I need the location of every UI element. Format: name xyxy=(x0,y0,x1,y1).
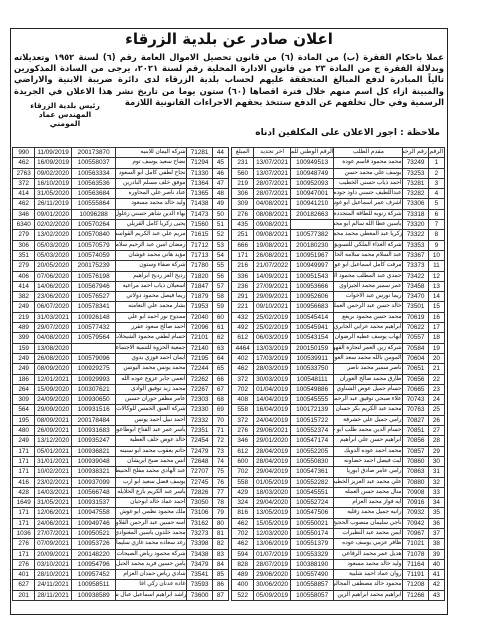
row-seq: 74 xyxy=(212,456,228,466)
row-amount: 816 xyxy=(232,508,254,518)
row-license-no: 70942 xyxy=(403,518,428,528)
row-seq: 31 xyxy=(428,467,444,477)
row-seq: 43 xyxy=(428,590,444,600)
row-seq: 76 xyxy=(212,477,228,487)
row-license-no: 73253 xyxy=(403,168,428,178)
row-holder-name: عبداللطيف حسني داود جوده xyxy=(334,189,403,199)
row-amount: 702 xyxy=(232,384,254,394)
row-amount: 406 xyxy=(13,271,35,281)
row-holder-name: المومن بالله محمد سعد العود xyxy=(334,353,403,363)
row-amount: 414 xyxy=(13,281,35,291)
row-seq: 68 xyxy=(212,395,228,405)
row-national-id: 100936821 xyxy=(71,446,116,456)
row-holder-name: احمد عماد خالد ابوحيان xyxy=(116,498,187,508)
row-national-id: 100553329 xyxy=(290,549,334,559)
row-national-id: 100558857 xyxy=(290,580,334,590)
table-row: 7272454خالد عوض خلف العطية10093524713/12… xyxy=(13,436,229,446)
row-national-id: 100570579 xyxy=(71,240,116,250)
row-amount: 171 xyxy=(13,549,35,559)
row-renewal-date: 30/03/2019 xyxy=(254,374,291,384)
row-seq: 60 xyxy=(212,312,228,322)
row-seq: 72 xyxy=(212,436,228,446)
row-license-no: 73320 xyxy=(403,220,428,230)
row-renewal-date: 12/01/2021 xyxy=(35,374,72,384)
row-amount: 558 xyxy=(232,405,254,415)
row-renewal-date: 28/04/2019 xyxy=(254,456,291,466)
row-amount: 195 xyxy=(13,415,35,425)
row-amount: 4464 xyxy=(232,343,254,353)
row-holder-name: طارق محمد صالح العوران xyxy=(334,374,403,384)
row-holder-name: ياسر عبد الكريم بازع الخلايله xyxy=(116,487,187,497)
row-license-no: 71294 xyxy=(187,158,212,168)
row-seq: 63 xyxy=(212,343,228,353)
fees-table-left: 4471281شركه اليمان للابنيه20017387011/09… xyxy=(12,147,229,601)
row-seq: 34 xyxy=(428,498,444,508)
table-row: 3370908منال محمد حسن العمله10054555118/0… xyxy=(232,487,445,497)
note-line: ملاحظة : اجور الاعلان على المكلفين ادناه xyxy=(150,128,440,138)
row-seq: 75 xyxy=(212,467,228,477)
row-renewal-date: 13/07/2021 xyxy=(254,168,291,178)
row-holder-name: يوسف فضل سعيد ابو ارب xyxy=(116,477,187,487)
row-renewal-date: 13/02/2020 xyxy=(35,230,72,240)
row-amount: 251 xyxy=(232,230,254,240)
row-license-no: 73282 xyxy=(403,189,428,199)
row-seq: 30 xyxy=(428,456,444,466)
row-renewal-date: 10/02/2021 xyxy=(35,467,72,477)
row-amount: 462 xyxy=(13,158,35,168)
row-seq: 84 xyxy=(212,559,228,569)
row-renewal-date: 12/06/2021 xyxy=(35,508,72,518)
row-renewal-date: 01/04/2019 xyxy=(254,384,291,394)
row-renewal-date: 26/08/2020 xyxy=(35,353,72,363)
row-amount: 221 xyxy=(232,302,254,312)
row-amount: 416 xyxy=(13,477,35,487)
row-renewal-date: 13/12/2020 xyxy=(35,436,72,446)
row-renewal-date: 13/06/2019 xyxy=(254,539,291,549)
table-row: 8073162امنه حسين عبد الرحمن القلاوين1009… xyxy=(13,518,229,528)
row-license-no: 73600 xyxy=(187,590,212,600)
table-row: 6572244محمد يونس محمد اليونس10092927508/… xyxy=(13,364,229,374)
row-national-id: 100937099 xyxy=(71,477,116,487)
table-row: 2070604المومن بالله محمد سعد العود100539… xyxy=(232,353,445,363)
row-amount: 279 xyxy=(13,261,35,271)
row-amount: 171 xyxy=(13,518,35,528)
row-amount: 564 xyxy=(13,405,35,415)
table-row: 7372479حاتم يعقوب محمد ابو سنينه10093682… xyxy=(13,446,229,456)
table-row: 3670942ناجي سليمان منصوب الحجيج100550021… xyxy=(232,518,445,528)
row-renewal-date: 20/05/2020 xyxy=(35,261,72,271)
row-national-id: 100543154 xyxy=(290,333,334,343)
row-license-no: 73162 xyxy=(187,518,212,528)
row-national-id: 100949746 xyxy=(71,518,116,528)
row-national-id: 100958511 xyxy=(71,580,116,590)
row-renewal-date: 16/09/2019 xyxy=(35,158,72,168)
row-seq: 32 xyxy=(428,477,444,487)
row-license-no: 71560 xyxy=(187,220,212,230)
row-amount: 291 xyxy=(232,292,254,302)
row-seq: 57 xyxy=(212,281,228,291)
row-national-id: 100558057 xyxy=(290,590,334,600)
row-renewal-date: 28/10/2021 xyxy=(35,570,72,580)
row-renewal-date: 18/03/2020 xyxy=(254,487,291,497)
row-seq: 56 xyxy=(212,271,228,281)
table-row: 5371712رمضان امين عبد الرحيم سلامه100570… xyxy=(13,240,229,250)
table-row: 6772267محمد زيد توفيق الوادي10030762115/… xyxy=(13,384,229,394)
row-renewal-date: 16/04/2019 xyxy=(254,405,291,415)
row-license-no: 71021 xyxy=(403,539,428,549)
row-national-id: 100551379 xyxy=(290,539,334,549)
row-license-no: 70827 xyxy=(403,415,428,425)
table-row: 6472195ايمان احمد فوزي بدوي10057909626/0… xyxy=(13,353,229,363)
row-amount: 666 xyxy=(232,240,254,250)
row-license-no: 70967 xyxy=(403,528,428,538)
row-license-no: 71266 xyxy=(403,590,428,600)
row-national-id: 100947558 xyxy=(71,508,116,518)
row-license-no: 72648 xyxy=(187,456,212,466)
table-row: 8273398رغد سعاده محمد غازي سليمان1009537… xyxy=(13,539,229,549)
row-license-no: 70863 xyxy=(403,467,428,477)
row-holder-name: ناجي سليمان منصوب الحجيج xyxy=(334,518,403,528)
row-amount: 171 xyxy=(13,456,35,466)
table-row: 5571780شركة صفاء وستون20017523920/05/202… xyxy=(13,261,229,271)
table-row: 4771364موفق خلف مسلم البادرين10056353616… xyxy=(13,178,229,188)
table-row: 4171191روان عماد احمد شلبية10055749029/0… xyxy=(232,570,445,580)
row-amount: 236 xyxy=(232,281,254,291)
row-license-no: 71365 xyxy=(187,189,212,199)
row-national-id xyxy=(290,220,334,230)
table-row: 3470916ايه فواز محمد العزام10055272429/0… xyxy=(232,498,445,508)
row-amount: 400 xyxy=(232,580,254,590)
row-holder-name: ابراهيم محمد عرابي الجابري xyxy=(334,323,403,333)
row-national-id: 100533750 xyxy=(290,364,334,374)
row-license-no: 70851 xyxy=(403,426,428,436)
table-row: 1373458عمر سمير محمد الجيزاوي10095366627… xyxy=(232,281,445,291)
row-license-no: 73438 xyxy=(187,549,212,559)
row-holder-name: اشرف عمر اسماعيل ابو غوش xyxy=(334,199,403,209)
row-amount: 346 xyxy=(232,436,254,446)
row-license-no: 72745 xyxy=(187,477,212,487)
row-holder-name: شركة صفاء وستون xyxy=(116,261,187,271)
row-seq: 7 xyxy=(428,220,444,230)
row-holder-name: نجاح لطفي كامل ابو السعود xyxy=(116,168,187,178)
row-license-no: 71208 xyxy=(403,580,428,590)
row-amount: 171 xyxy=(13,446,35,456)
fees-table-right: الرقم رقم الرخصة مقدم الطلب الرقم الوطني… xyxy=(231,147,445,601)
table-row: 473282عبداللطيف حسني داود جوده1009470012… xyxy=(232,189,445,199)
row-national-id: 100563334 xyxy=(71,168,116,178)
row-license-no: 71953 xyxy=(187,302,212,312)
row-license-no: 73479 xyxy=(187,559,212,569)
row-holder-name: راشد ابراهيم اسماعيل عبال سلمان xyxy=(116,590,187,600)
row-national-id: 200150159 xyxy=(290,343,334,353)
row-amount: 414 xyxy=(13,189,35,199)
row-renewal-date: 28/03/2019 xyxy=(254,364,291,374)
row-renewal-date: 05/09/2019 xyxy=(254,590,291,600)
row-seq: 59 xyxy=(212,302,228,312)
row-national-id: 200148220 xyxy=(71,549,116,559)
row-amount: 249 xyxy=(13,302,35,312)
row-holder-name: علي محمد عبد العزيز الخطيب xyxy=(334,477,403,487)
row-license-no: 70763 xyxy=(403,405,428,415)
row-license-no: 72826 xyxy=(187,487,212,497)
header-seq: الرقم xyxy=(428,148,444,158)
row-amount: 702 xyxy=(232,467,254,477)
row-amount: 402 xyxy=(232,353,254,363)
row-seq: 18 xyxy=(428,333,444,343)
announcement-title: اعلان صادر عن بلدية الزرقاء xyxy=(10,30,448,48)
row-amount: 249 xyxy=(13,436,35,446)
row-national-id: 100552374 xyxy=(290,426,334,436)
row-holder-name: بشار محمد علي النعامنه xyxy=(116,302,187,312)
row-amount: 201 xyxy=(13,590,35,600)
row-national-id: 100931683 xyxy=(71,426,116,436)
row-amount: 324 xyxy=(232,498,254,508)
row-license-no: 73593 xyxy=(187,580,212,590)
row-holder-name: شركة الغذاء الملكي للتسويق و التوزيع xyxy=(334,240,403,250)
row-amount: 612 xyxy=(232,333,254,343)
row-seq: 2 xyxy=(428,168,444,178)
row-renewal-date: 14/09/2021 xyxy=(254,271,291,281)
table-row: 5471713مؤيد هاني محمد غوشان10057405905/0… xyxy=(13,250,229,260)
table-row: 2270656طارق محمد صالح العوران10054811130… xyxy=(232,374,445,384)
row-renewal-date: 05/03/2020 xyxy=(35,240,72,250)
row-license-no: 72195 xyxy=(187,353,212,363)
row-amount: 249 xyxy=(13,353,35,363)
row-renewal-date: 09/02/2020 xyxy=(35,168,72,178)
row-license-no: 70743 xyxy=(403,395,428,405)
signature-title: رئيس بلدية الزرقاء xyxy=(30,101,100,110)
header-renewal-date: اخر تجديد xyxy=(254,148,291,158)
row-amount: 489 xyxy=(232,570,254,580)
row-license-no: 70932 xyxy=(403,508,428,518)
row-renewal-date: 24/09/2020 xyxy=(35,395,72,405)
row-holder-name: روان عماد احمد شلبية xyxy=(334,570,403,580)
row-amount: 276 xyxy=(13,559,35,569)
row-seq: 64 xyxy=(212,353,228,363)
row-holder-name: موفق خلف مسلم البادرين xyxy=(116,178,187,188)
row-seq: 54 xyxy=(212,250,228,260)
row-holder-name: اسعيلان ذياب احمد مراعيه xyxy=(116,281,187,291)
row-holder-name: زكريا عبد المعطي محمد محمود xyxy=(334,230,403,240)
row-license-no: 73318 xyxy=(403,209,428,219)
table-row: 1073367عبد السلام محمد سلامه الحايك10095… xyxy=(232,250,445,260)
table-row: 1870557ايهاب يوسف عطيه الرضوان1005431540… xyxy=(232,333,445,343)
row-amount: 372 xyxy=(232,415,254,425)
row-national-id: 100576198 xyxy=(71,271,116,281)
row-seq: 42 xyxy=(428,580,444,590)
row-holder-name: رانيه جميل محمد زقليه xyxy=(334,508,403,518)
row-seq: 87 xyxy=(212,590,228,600)
row-license-no: 73306 xyxy=(403,199,428,209)
row-holder-name: محمد حسن محمود بريغع xyxy=(334,312,403,322)
row-renewal-date: 26/11/2019 xyxy=(35,199,72,209)
row-license-no: 73367 xyxy=(403,250,428,260)
table-row: 173249محمد محمود قاسم عودة10094951313/07… xyxy=(232,158,445,168)
row-seq: 77 xyxy=(212,487,228,497)
row-national-id: 100929993 xyxy=(71,374,116,384)
row-license-no: 72351 xyxy=(187,426,212,436)
table-row: 2770851حسام الدين محمد طلب ابو جوده10055… xyxy=(232,426,445,436)
row-license-no: 71438 xyxy=(187,199,212,209)
row-seq: 17 xyxy=(428,323,444,333)
row-license-no: 73322 xyxy=(403,230,428,240)
table-row: 2170651ناصر سمير محمد ناصر10053375028/03… xyxy=(232,364,445,374)
row-license-no: 70665 xyxy=(403,384,428,394)
row-national-id: 100951967 xyxy=(290,250,334,260)
row-national-id: 100563536 xyxy=(71,178,116,188)
row-renewal-date: 27/07/2021 xyxy=(35,528,72,538)
row-seq: 70 xyxy=(212,415,228,425)
row-seq: 46 xyxy=(212,168,228,178)
row-seq: 37 xyxy=(428,528,444,538)
row-holder-name: مؤيد هاني محمد غوشان xyxy=(116,250,187,260)
row-national-id: 100550830 xyxy=(290,456,334,466)
row-national-id: 100545555 xyxy=(290,395,334,405)
row-license-no: 70651 xyxy=(403,364,428,374)
row-amount: 276 xyxy=(13,539,35,549)
row-amount: 306 xyxy=(13,240,35,250)
table-row: 7873050احمد عماد خالد ابوحيان10093153731… xyxy=(13,498,229,508)
row-national-id: 200178484 xyxy=(71,415,116,425)
row-renewal-date: 28/11/2021 xyxy=(35,590,72,600)
row-national-id: 100557490 xyxy=(290,570,334,580)
row-renewal-date: 01/05/2019 xyxy=(254,477,291,487)
row-license-no: 70619 xyxy=(403,312,428,322)
row-renewal-date: 02/02/2020 xyxy=(35,220,72,230)
row-seq: 69 xyxy=(212,405,228,415)
row-renewal-date: 29/01/2020 xyxy=(254,436,291,446)
header-license-no: رقم الرخصة xyxy=(403,148,428,158)
row-national-id: 100578341 xyxy=(71,302,116,312)
row-renewal-date: 14/03/2021 xyxy=(35,487,72,497)
row-national-id: 100558037 xyxy=(71,158,116,168)
row-amount: 600 xyxy=(232,456,254,466)
table-row: 3971078هديل عمر محمد الرفاعي10055332901/… xyxy=(232,549,445,559)
row-renewal-date: 25/02/2019 xyxy=(254,312,291,322)
row-seq: 3 xyxy=(428,178,444,188)
row-national-id: 100941210 xyxy=(290,199,334,209)
row-seq: 25 xyxy=(428,405,444,415)
table-row: 3871021ظافر عزمي يوسف عوده10055137913/06… xyxy=(232,539,445,549)
row-national-id: 100950521 xyxy=(71,528,116,538)
row-amount: 522 xyxy=(232,590,254,600)
row-seq: 1 xyxy=(428,158,444,168)
row-seq: 81 xyxy=(212,528,228,538)
row-renewal-date: 29/04/2019 xyxy=(254,467,291,477)
row-renewal-date: 09/10/2021 xyxy=(254,302,291,312)
row-holder-name: ياسين عطا الله سالم ابو محفوظ xyxy=(334,220,403,230)
table-row: 8473479يامن حسين فريد محمد الحبل10095479… xyxy=(13,559,229,569)
row-holder-name: غادة عدنان زكي اغا xyxy=(116,580,187,590)
table-row: 773320ياسين عطا الله سالم ابو محفوظ09/08… xyxy=(232,220,445,230)
row-holder-name: احمد صالح سعود عقرز xyxy=(116,323,187,333)
row-holder-name: نضاح سعيد يوسف توم xyxy=(116,158,187,168)
row-license-no: 70908 xyxy=(403,487,428,497)
table-row: 7472648انس محمد صبح ابريشان10093904831/0… xyxy=(13,456,229,466)
row-seq: 61 xyxy=(212,323,228,333)
row-amount: 428 xyxy=(13,487,35,497)
row-seq: 14 xyxy=(428,292,444,302)
row-national-id: 100949513 xyxy=(290,158,334,168)
row-amount: 306 xyxy=(232,189,254,199)
row-national-id: 100547361 xyxy=(290,467,334,477)
row-holder-name: ابراهيم محمد ابراهيم الزين xyxy=(334,590,403,600)
row-renewal-date: 09/01/2020 xyxy=(35,209,72,219)
row-renewal-date: 14/04/2019 xyxy=(254,395,291,405)
row-renewal-date: 13/07/2021 xyxy=(254,158,291,168)
row-seq: 53 xyxy=(212,240,228,250)
table-row: 3170863رامي عامر صادق ابوريا10054736129/… xyxy=(232,467,445,477)
row-national-id: 100952606 xyxy=(290,292,334,302)
row-license-no: 72040 xyxy=(187,312,212,322)
row-license-no: 70880 xyxy=(403,477,428,487)
row-national-id: 100930650 xyxy=(71,395,116,405)
row-national-id: 100952093 xyxy=(290,178,334,188)
row-seq: 45 xyxy=(212,158,228,168)
row-holder-name: هديل عمر محمد الرفاعي xyxy=(334,549,403,559)
table-row: 3770967ايمن محمد عبد النظيرات10055017412… xyxy=(232,528,445,538)
row-renewal-date: 08/09/2020 xyxy=(35,364,72,374)
row-license-no: 71330 xyxy=(187,168,212,178)
row-holder-name: رغد سعاده محمد غازي سليمان xyxy=(116,539,187,549)
row-renewal-date: 26/08/2021 xyxy=(254,250,291,260)
announcement-body: عملا باحكام الفقرة (ب) من المادة (٦) من … xyxy=(14,52,444,108)
row-national-id: 100956683 xyxy=(290,302,334,312)
row-renewal-date: 23/02/2021 xyxy=(35,477,72,487)
row-seq: 47 xyxy=(212,178,228,188)
row-seq: 6 xyxy=(428,209,444,219)
row-seq: 80 xyxy=(212,518,228,528)
row-seq: 13 xyxy=(428,281,444,291)
row-national-id: 100574059 xyxy=(71,250,116,260)
row-amount: 219 xyxy=(232,178,254,188)
row-national-id: 200173870 xyxy=(71,148,116,158)
row-license-no: 70622 xyxy=(403,323,428,333)
row-seq: 33 xyxy=(428,487,444,497)
table-row: 2970857محمد احمد عوده الدويك10055220528/… xyxy=(232,446,445,456)
table-row: 273253يوسف علي محمد حسن10094874913/07/20… xyxy=(232,168,445,178)
row-renewal-date: 04/08/2020 xyxy=(35,333,72,343)
table-row: 2870856ابراهيم حسن علي ابراهيم1005471742… xyxy=(232,436,445,446)
row-renewal-date: 24/06/2021 xyxy=(35,518,72,528)
row-national-id: 100570840 xyxy=(71,230,116,240)
row-holder-name: بهاء الدين شاهر حسني زغلول xyxy=(116,209,187,219)
row-license-no: 71364 xyxy=(187,178,212,188)
row-amount: 1036 xyxy=(13,528,35,538)
row-holder-name: رديح العز رديح ابراهيم xyxy=(116,271,187,281)
table-row: 5971953بشار محمد علي النعامنه10057834106… xyxy=(13,302,229,312)
row-holder-name: حاتم يعقوب محمد ابو سنينه xyxy=(116,446,187,456)
row-license-no: 71078 xyxy=(403,549,428,559)
row-license-no: 73353 xyxy=(403,240,428,250)
row-license-no: 70856 xyxy=(403,436,428,446)
table-row: 1970584شركة زين العمر لتجارة القهوة20015… xyxy=(232,343,445,353)
row-license-no: 73470 xyxy=(403,292,428,302)
table-row: 4871365عناد ناصر علي المحاوره10056368431… xyxy=(13,189,229,199)
row-license-no: 72267 xyxy=(187,384,212,394)
row-holder-name: عناد ناصر علي المحاوره xyxy=(116,189,187,199)
row-seq: 35 xyxy=(428,508,444,518)
row-amount: 159 xyxy=(13,343,35,353)
row-renewal-date: 03/10/2021 xyxy=(35,559,72,569)
row-license-no: 70656 xyxy=(403,374,428,384)
row-seq: 41 xyxy=(428,570,444,580)
row-seq: 51 xyxy=(212,220,228,230)
table-row: 2470743علاء صبحي توفيق عبد الرحمن1005455… xyxy=(232,395,445,405)
row-national-id: 100949997 xyxy=(290,261,334,271)
row-renewal-date: 30/06/2020 xyxy=(254,580,291,590)
row-amount: 828 xyxy=(232,559,254,569)
